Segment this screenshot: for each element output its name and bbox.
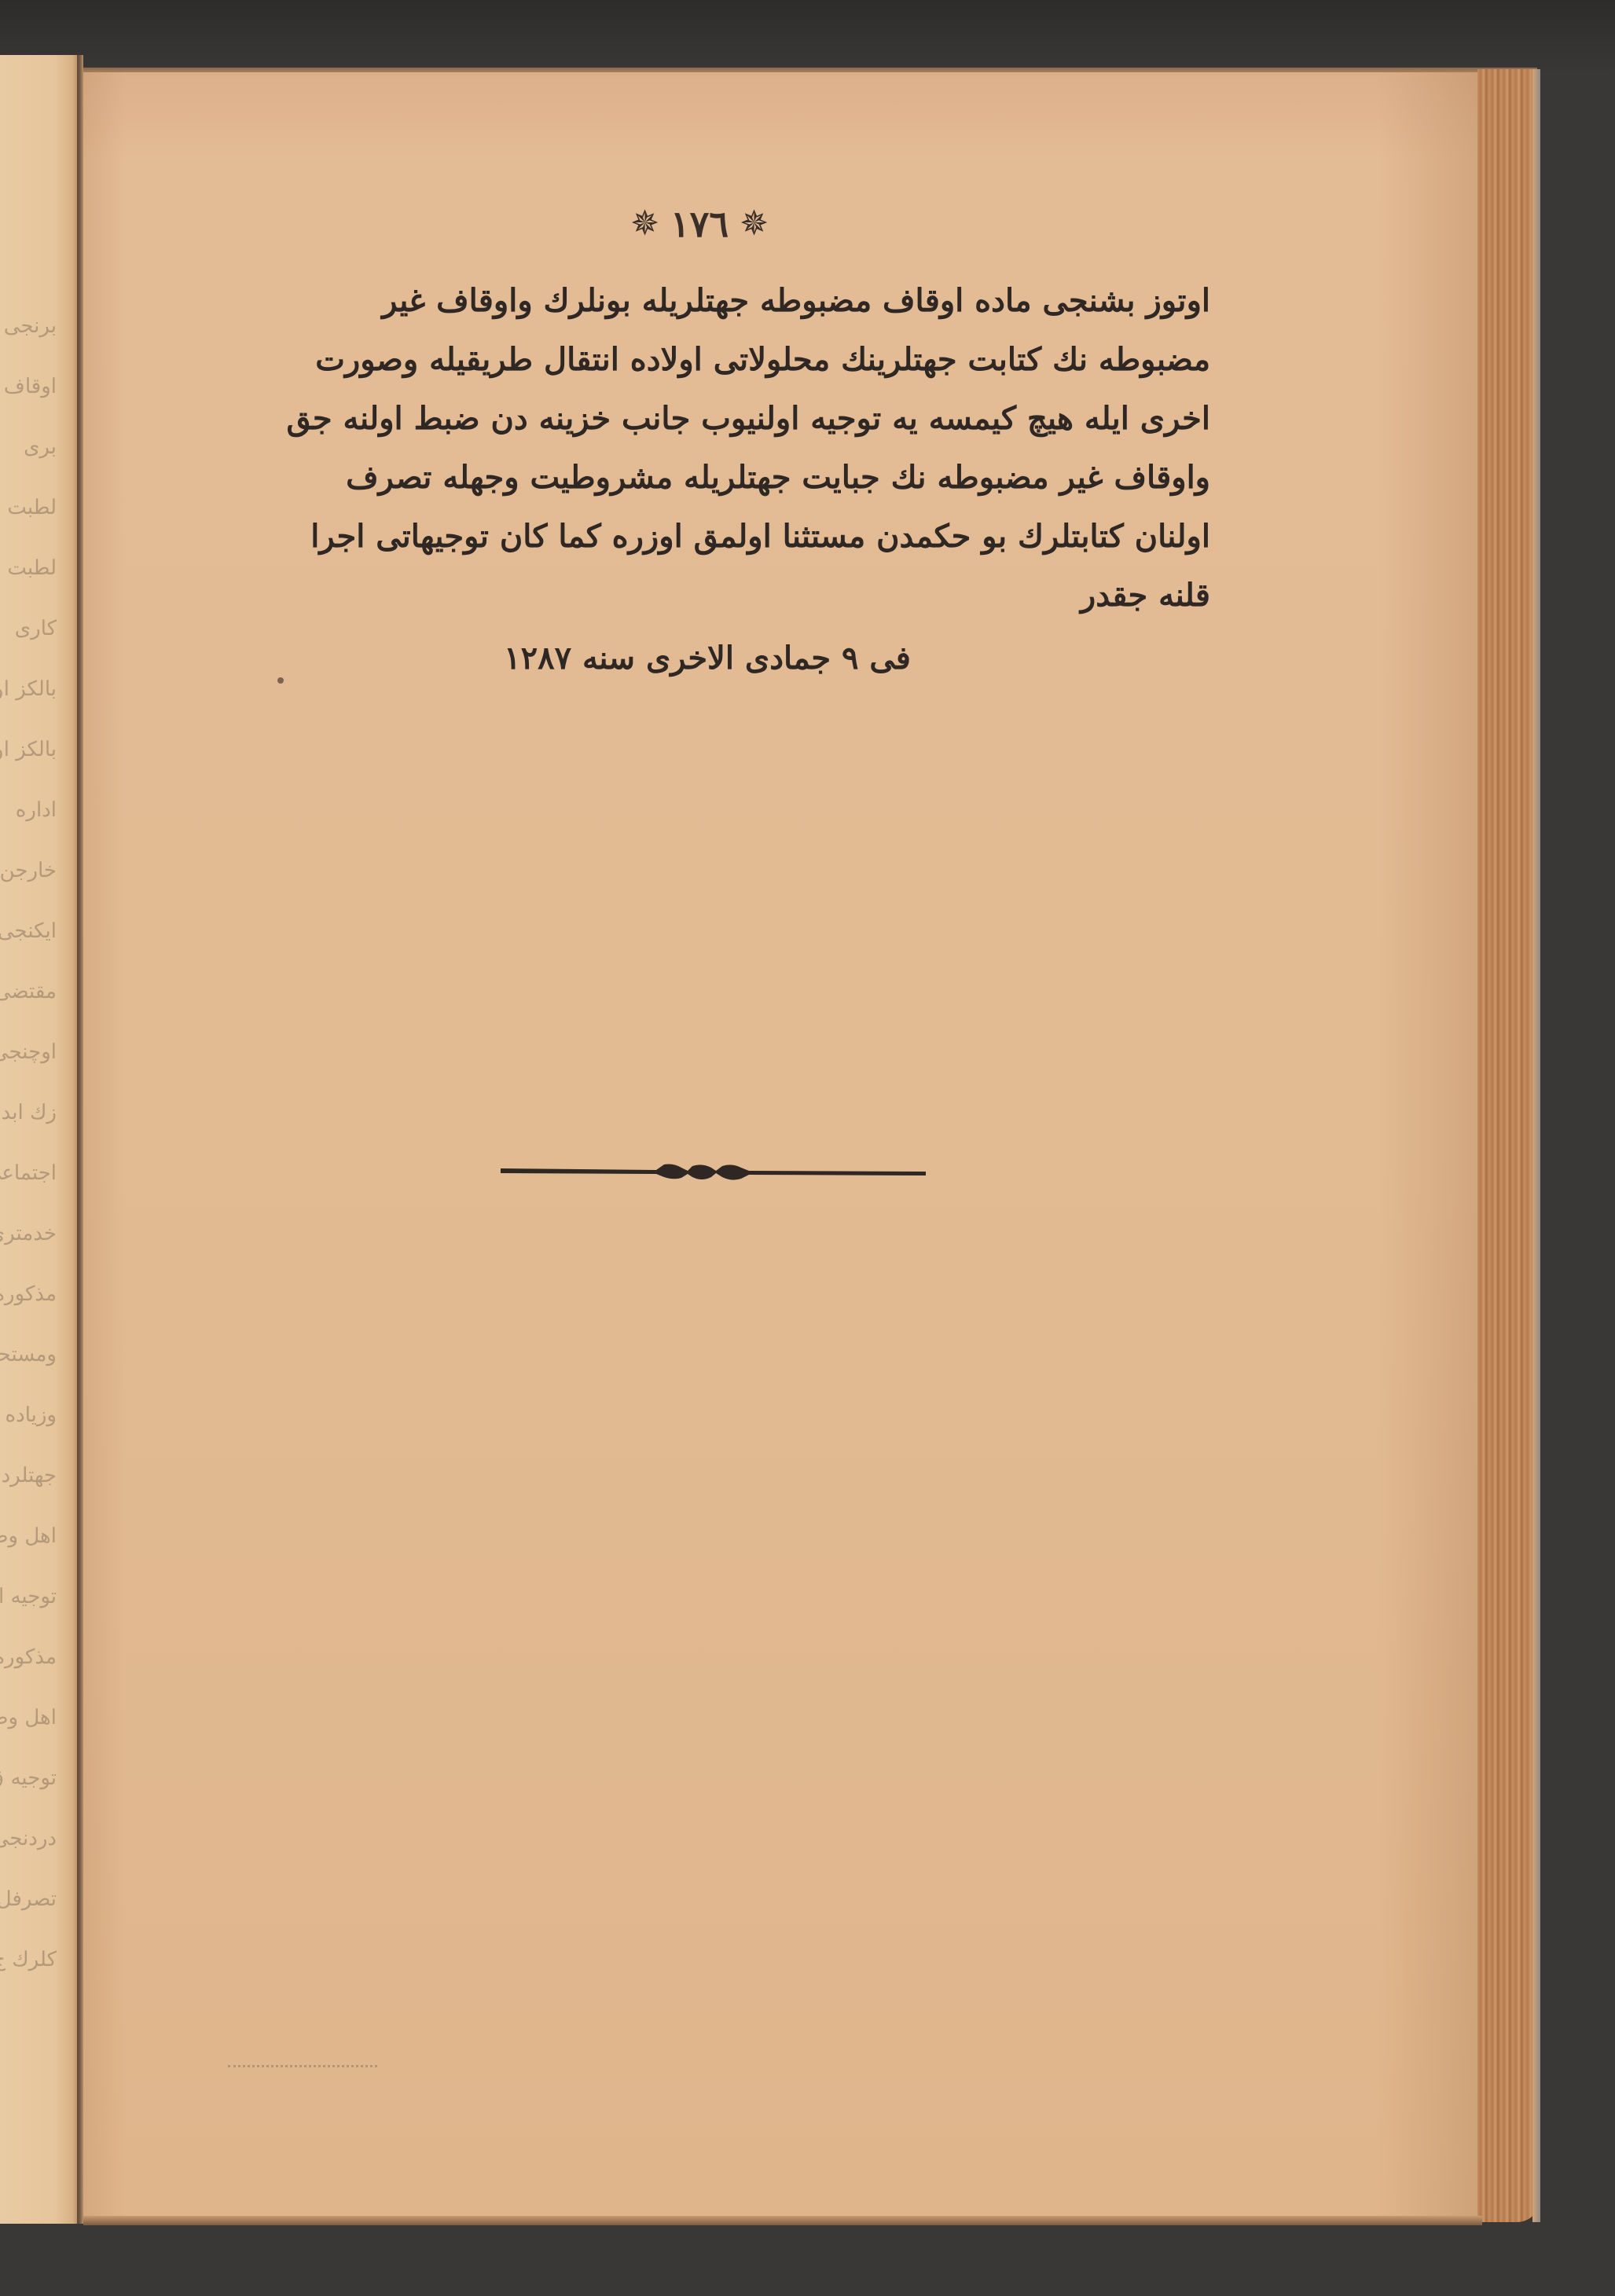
article-body: اوتوز بشنجی ماده اوقاف مضبوطه جهتلریله ب… [212, 271, 1210, 625]
body-line-3: اخری ایله هیچ كیمسه یه توجیه اولنیوب جان… [212, 389, 1210, 448]
left-ornament-icon: ✵ [630, 207, 659, 241]
left-page-fragment: بری [24, 435, 57, 459]
page-header: ✵ ١٧٦ ✵ [613, 196, 786, 251]
left-page-fragment: خدمتری [0, 1222, 57, 1245]
ornamental-divider-icon [499, 1161, 927, 1180]
left-page-fragment: تصرفل [0, 1887, 57, 1911]
left-page-fragment: اوقاف [4, 375, 57, 398]
left-page-fragment: دردنجی [0, 1827, 57, 1850]
date-line: فی ۹ جمادی الاخری سنه ۱۲۸۷ [472, 629, 943, 688]
left-page-fragment: بالكز او [0, 677, 57, 701]
left-page-fragment: زك ابدا [0, 1101, 57, 1124]
left-page-fragment: اجتماعی [0, 1161, 57, 1185]
left-page-fragment: مذكوره [0, 1282, 57, 1306]
left-page-fragment: كلرك ج [0, 1948, 57, 1971]
faint-dashed-mark [228, 2065, 377, 2070]
left-page-fragment: خارجن [0, 859, 57, 882]
left-page-fragment: ایكنجی [0, 919, 57, 943]
left-page-fragment: توجیه او [0, 1585, 57, 1608]
book-spine-gutter [77, 55, 83, 2224]
left-page-fragment: اهل وصا [0, 1524, 57, 1548]
page-number: ١٧٦ [670, 203, 729, 245]
left-page-fragment: مذكوره [0, 1645, 57, 1669]
left-page-fragment: لطبت و [0, 496, 57, 519]
left-page-fragment: بالكز او [0, 738, 57, 761]
left-page-fragment: اوچنجی [0, 1040, 57, 1064]
left-page-fragment: ومستحق [0, 1343, 57, 1366]
left-page-fragment: لطبت و [0, 556, 57, 580]
left-page-fragment: اداره [16, 798, 57, 822]
left-page-fragment: وزیاده [6, 1403, 57, 1427]
body-line-2: مضبوطه نك كتابت جهتلرینك محلولاتی اولاده… [212, 330, 1210, 389]
left-page-fragment: جهتلرد [2, 1464, 57, 1487]
left-page-fragment: برنجی [4, 314, 57, 338]
left-page-fragment: مقتضی [0, 980, 57, 1003]
page-bottom-edge [83, 2216, 1482, 2225]
right-ornament-icon: ✵ [740, 207, 769, 241]
scan-background-top [0, 0, 1615, 75]
left-page-fragment: كاری [15, 617, 57, 640]
ink-speck [277, 677, 284, 684]
body-line-4: واوقاف غیر مضبوطه نك جبایت جهتلریله مشرو… [212, 448, 1210, 507]
body-line-1: اوتوز بشنجی ماده اوقاف مضبوطه جهتلریله ب… [212, 271, 1210, 330]
left-page-fragment: اهل وصا [0, 1706, 57, 1729]
body-line-6: قلنه جقدر [212, 566, 1210, 625]
left-facing-page: برنجیاوقافبریلطبت ولطبت وكاریبالكز اوبال… [0, 55, 79, 2224]
left-page-fragment: توجیه ق [0, 1766, 57, 1790]
body-line-5: اولنان كتابتلرك بو حكمدن مستثنا اولمق او… [212, 507, 1210, 566]
stacked-page-edges [1477, 69, 1540, 2222]
